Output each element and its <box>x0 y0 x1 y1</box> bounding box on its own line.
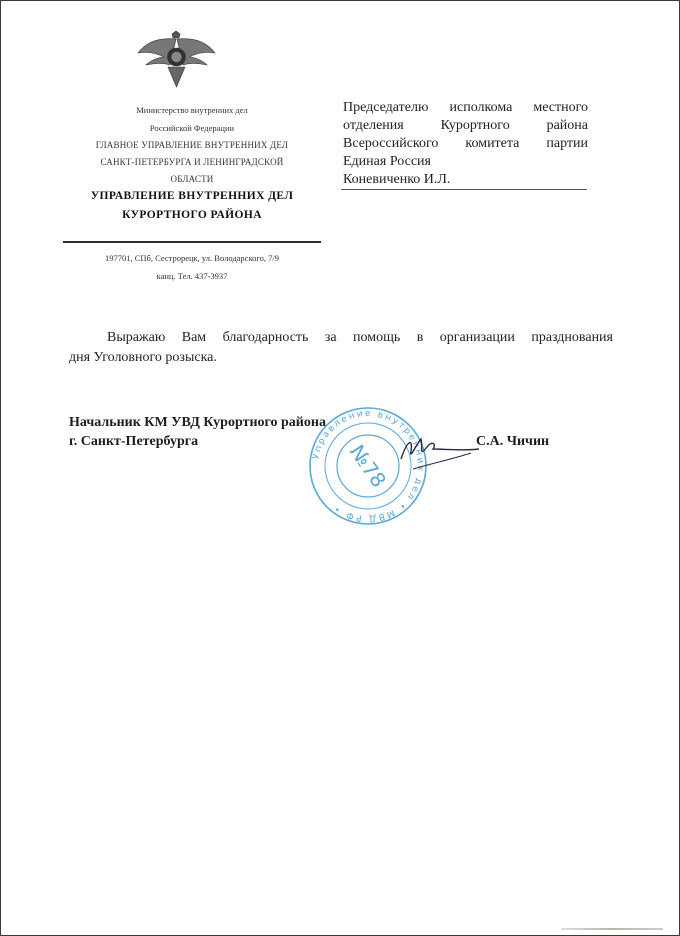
addressee-line-1: Председателю исполкома местного <box>343 99 588 117</box>
uvd-line-1: УПРАВЛЕНИЕ ВНУТРЕННИХ ДЕЛ <box>61 190 323 202</box>
uvd-line-2: КУРОРТНОГО РАЙОНА <box>61 209 323 221</box>
gu-line-2: САНКТ-ПЕТЕРБУРГА И ЛЕНИНГРАДСКОЙ <box>61 157 323 167</box>
addressee-line-2: отделения Курортного района <box>343 117 588 135</box>
addressee-line-3: Всероссийского комитета партии <box>343 135 588 153</box>
letter-body: Выражаю Вам благодарность за помощь в ор… <box>69 328 613 368</box>
signer-title-line-1: Начальник КМ УВД Курортного района <box>69 415 326 431</box>
addressee-underline <box>341 189 587 190</box>
gu-line-1: ГЛАВНОЕ УПРАВЛЕНИЕ ВНУТРЕННИХ ДЕЛ <box>61 140 323 150</box>
letter-page: Министерство внутренних дел Российской Ф… <box>0 0 680 936</box>
body-line-1: Выражаю Вам благодарность за помощь в ор… <box>69 328 613 348</box>
address-line-1: 197701, СПб, Сестрорецк, ул. Володарског… <box>61 253 323 263</box>
signer-name: С.А. Чичин <box>476 434 549 450</box>
scan-artifact-line <box>561 928 663 930</box>
addressee-line-4: Единая Россия <box>343 153 588 171</box>
signer-title-line-2: г. Санкт-Петербурга <box>69 434 198 450</box>
addressee-line-5: Коневиченко И.Л. <box>343 171 588 189</box>
addressee-block: Председателю исполкома местного отделени… <box>343 99 588 189</box>
letterhead-divider <box>63 241 321 243</box>
ministry-line-2: Российской Федерации <box>61 123 323 133</box>
ministry-line-1: Министерство внутренних дел <box>61 105 323 115</box>
body-line-2: дня Уголовного розыска. <box>69 350 217 365</box>
address-line-2: канц. Тел. 437-3937 <box>61 271 323 281</box>
gu-line-3: ОБЛАСТИ <box>61 174 323 184</box>
eagle-emblem-icon <box>134 27 219 92</box>
stamp-number: №78 <box>345 440 391 492</box>
